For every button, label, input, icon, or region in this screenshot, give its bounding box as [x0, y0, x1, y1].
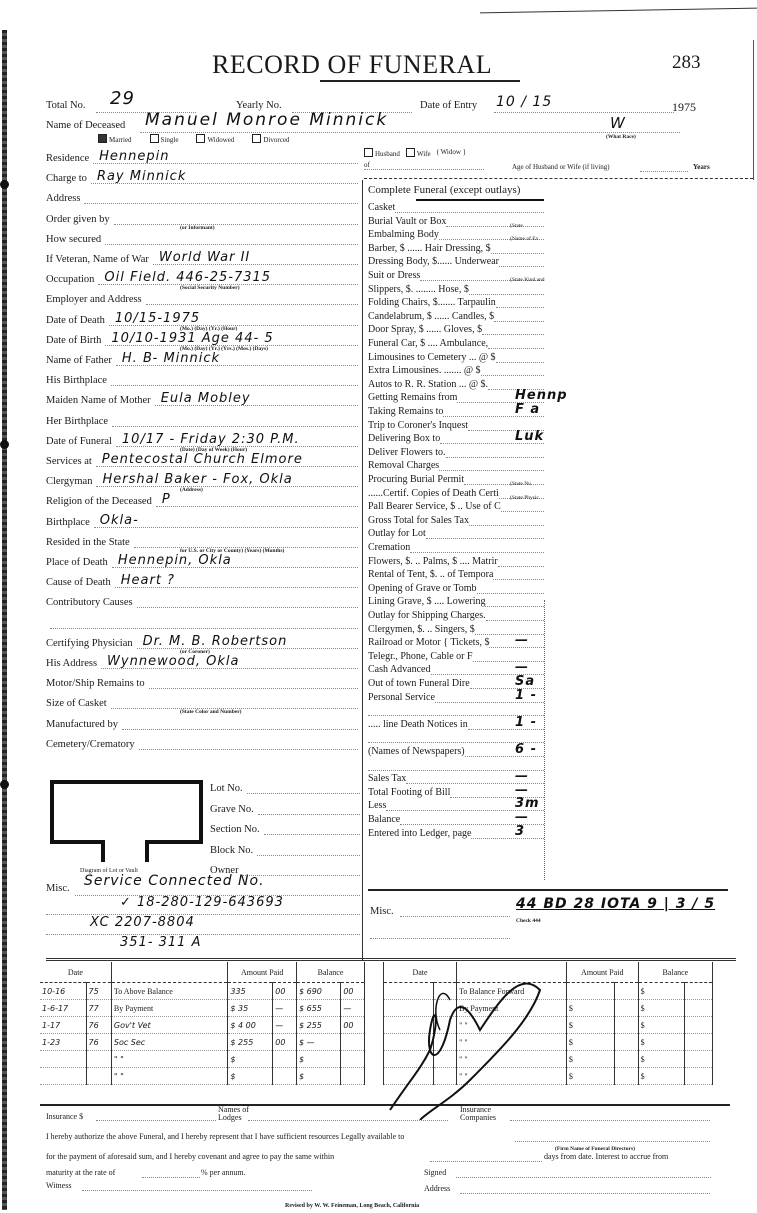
charge-line: Funeral Car, $ .... Ambulance,	[368, 336, 544, 349]
lot-field-row: Grave No.	[210, 799, 360, 815]
charge-label: Casket	[368, 202, 395, 213]
ledger-amount-paid-cents[interactable]: —	[273, 1000, 297, 1017]
revised-by-credit: Revised by W. W. Feineman, Long Beach, C…	[285, 1203, 419, 1209]
charge-amount-value: 3	[515, 824, 525, 839]
field-input[interactable]: Dr. M. B. Robertson	[137, 636, 358, 649]
ledger-balance[interactable]: $	[296, 1051, 340, 1068]
ledger-date[interactable]	[40, 1051, 86, 1068]
ledger-balance[interactable]: $ 655	[296, 1000, 340, 1017]
ledger-year[interactable]: 75	[86, 983, 111, 1000]
charge-amount-field[interactable]	[395, 202, 544, 213]
spouse-divider	[364, 178, 753, 179]
charge-line: Removal Charges	[368, 458, 544, 471]
date-of-entry-line	[494, 112, 674, 113]
ledger-balance-cents[interactable]	[341, 1051, 365, 1068]
total-no-value[interactable]: 29	[110, 88, 135, 109]
field-row: How secured	[46, 229, 358, 245]
field-input[interactable]: 10/17 - Friday 2:30 P.M.	[116, 434, 358, 447]
ledger-date[interactable]: 1-6-17	[40, 1000, 86, 1017]
field-row: Cemetery/Crematory	[46, 734, 358, 750]
marital-single[interactable]: Single	[150, 134, 179, 144]
charge-amount-value: 1 -	[515, 715, 537, 730]
charge-line: Limousines to Cemetery ... @ $	[368, 350, 544, 363]
ledger-date[interactable]: 10-16	[40, 983, 86, 1000]
field-label: Resided in the State	[46, 537, 130, 548]
ledger-date[interactable]	[40, 1068, 86, 1085]
charge-amount-field[interactable]	[471, 828, 544, 839]
charge-label: ......Certif. Copies of Death Certi	[368, 488, 499, 499]
ledger-balance[interactable]: $	[638, 1034, 684, 1051]
ledger-balance-cents[interactable]	[685, 1051, 713, 1068]
ledger-balance-cents[interactable]: —	[341, 1000, 365, 1017]
ledger-amount-paid-cents[interactable]	[614, 1034, 638, 1051]
charge-amount-field[interactable]	[482, 324, 544, 335]
lot-diagram-edge	[145, 840, 199, 844]
ledger-amount-paid[interactable]: 335	[228, 983, 273, 1000]
ledger-row: 1-6-1777By Payment$ 35—$ 655—	[40, 1000, 365, 1017]
spouse-widow[interactable]: ( Widow }	[437, 148, 466, 158]
name-line	[140, 132, 680, 133]
field-row: Name of FatherH. B- Minnick	[46, 350, 358, 366]
field-input[interactable]: Oil Field. 446-25-7315	[98, 272, 358, 285]
field-row: Date of Funeral10/17 - Friday 2:30 P.M.	[46, 431, 358, 447]
charge-label: Out of town Funeral Dire	[368, 678, 470, 689]
ledger-amount-paid-cents[interactable]	[614, 1068, 638, 1085]
lot-field-row: Lot No.	[210, 778, 360, 794]
ledger-amount-paid-cents[interactable]	[614, 1017, 638, 1034]
charge-amount-field[interactable]	[501, 501, 544, 512]
lodges-field[interactable]	[248, 1120, 448, 1121]
lot-field-input[interactable]	[264, 822, 360, 835]
ledger-amount-paid[interactable]: $	[228, 1051, 273, 1068]
field-input[interactable]	[137, 595, 358, 608]
ledger-right-paid-header: Amount Paid	[566, 962, 638, 983]
ledger-amount-paid-cents[interactable]	[273, 1068, 297, 1085]
field-row: ClergymanHershal Baker - Fox, Okla	[46, 471, 358, 487]
field-label: Occupation	[46, 274, 94, 285]
ledger-description[interactable]: To Above Balance	[111, 983, 228, 1000]
ledger-balance[interactable]: $ —	[296, 1034, 340, 1051]
ledger-amount-paid[interactable]: $	[566, 1051, 614, 1068]
charge-amount-field[interactable]	[496, 352, 544, 363]
charge-label: Flowers, $. .. Palms, $ .... Matrir	[368, 556, 498, 567]
ledger-balance[interactable]: $	[638, 983, 684, 1000]
field-input[interactable]: H. B- Minnick	[116, 353, 358, 366]
field-input[interactable]	[114, 212, 358, 225]
charge-line: Slippers, $. ........ Hose, $	[368, 282, 544, 295]
ledger-date[interactable]: 1-17	[40, 1017, 86, 1034]
charge-amount-field[interactable]	[485, 596, 544, 607]
field-label: His Address	[46, 658, 97, 669]
field-row: Order given by	[46, 209, 358, 225]
ledger-description[interactable]: " "	[111, 1068, 228, 1085]
spouse-options: Husband Wife ( Widow }	[364, 148, 466, 158]
sheet-edge-line	[753, 40, 754, 180]
ledger-balance[interactable]: $	[638, 1000, 684, 1017]
checkbox-icon[interactable]	[150, 134, 159, 143]
field-label: Charge to	[46, 173, 87, 184]
field-row: OccupationOil Field. 446-25-7315	[46, 269, 358, 285]
misc-line-2[interactable]: ✓ 18-280-129-643693	[120, 895, 284, 910]
days-field[interactable]	[430, 1161, 542, 1162]
field-label: Place of Death	[46, 557, 108, 568]
charge-label: Personal Service	[368, 692, 435, 703]
charge-label: Pall Bearer Service, $ .. Use of C	[368, 501, 501, 512]
checkbox-icon[interactable]	[406, 148, 415, 157]
field-input[interactable]: Wynnewood, Okla	[101, 656, 358, 669]
ledger-left-desc-header	[111, 962, 228, 983]
ledger-amount-paid[interactable]: $	[566, 1017, 614, 1034]
charge-amount-field[interactable]	[496, 297, 544, 308]
charge-amount-value: 1 -	[515, 688, 537, 703]
field-value: Hershal Baker - Fox, Okla	[102, 472, 292, 487]
race-value[interactable]: W	[610, 114, 626, 132]
ledger-amount-paid-cents[interactable]	[614, 983, 638, 1000]
charge-label: Cremation	[368, 542, 410, 553]
field-row: Manufactured by	[46, 714, 358, 730]
ledger-amount-paid-cents[interactable]	[614, 1000, 638, 1017]
lot-field-input[interactable]	[257, 843, 360, 856]
charge-amount-field[interactable]	[446, 447, 545, 458]
ledger-balance[interactable]: $	[638, 1017, 684, 1034]
charge-label: Rental of Tent, $. .. of Tempora	[368, 569, 493, 580]
charge-label: Suit or Dress	[368, 270, 420, 281]
ledger-row: " "$$	[40, 1051, 365, 1068]
lot-diagram-edge	[50, 840, 105, 844]
charge-label: (Names of Newspapers)	[368, 746, 465, 757]
field-value: Dr. M. B. Robertson	[143, 634, 288, 649]
years-label: Years	[693, 163, 710, 171]
field-row: Cause of DeathHeart ?	[46, 572, 358, 588]
marital-married[interactable]: Married	[98, 134, 132, 144]
charge-label: Slippers, $. ........ Hose, $	[368, 284, 469, 295]
misc-line-3[interactable]: XC 2207-8804	[90, 915, 195, 930]
field-input[interactable]: Eula Mobley	[155, 393, 358, 406]
charge-line: Opening of Grave or Tomb	[368, 581, 544, 594]
ledger-balance[interactable]: $	[638, 1068, 684, 1085]
charge-label: Removal Charges	[368, 460, 439, 471]
charge-amount-field[interactable]	[477, 583, 544, 594]
charge-amount-field[interactable]	[499, 256, 544, 267]
checkbox-icon[interactable]	[252, 134, 261, 143]
charge-label: Autos to R. R. Station ... @ $.	[368, 379, 488, 390]
charge-label: Candelabrum, $ ...... Candles, $	[368, 311, 494, 322]
marital-status-group: Married Single Widowed Divorced	[98, 134, 289, 144]
charge-amount-value: 6 -	[515, 742, 537, 757]
checkbox-checked-icon[interactable]	[98, 134, 107, 143]
field-label: Date of Death	[46, 315, 105, 326]
ledger-balance-cents[interactable]	[685, 1068, 713, 1085]
misc-line-4[interactable]: 351- 311 A	[120, 935, 201, 950]
charge-label: Burial Vault or Box	[368, 216, 446, 227]
ledger-row: " "$$	[40, 1068, 365, 1085]
ledger-row: 10-1675To Above Balance33500$ 69000	[40, 983, 365, 1000]
field-value: 10/17 - Friday 2:30 P.M.	[122, 432, 300, 447]
field-input[interactable]	[50, 616, 358, 629]
field-label: Cause of Death	[46, 577, 111, 588]
charge-amount-field[interactable]	[410, 542, 544, 553]
date-of-entry-value[interactable]: 10 / 15	[496, 94, 552, 110]
charge-amount-value: F a	[515, 402, 540, 417]
ledger-amount-paid[interactable]: $	[566, 1034, 614, 1051]
field-input[interactable]	[139, 737, 358, 750]
ledger-balance-cents[interactable]	[685, 983, 713, 1000]
charge-amount-field[interactable]	[439, 460, 544, 471]
misc-line-1[interactable]: Service Connected No.	[84, 873, 265, 889]
field-row: ResidenceHennepin	[46, 148, 358, 164]
charge-amount-field[interactable]	[486, 610, 544, 621]
ledger-description[interactable]: Gov't Vet	[111, 1017, 228, 1034]
charge-line: Dressing Body, $...... Underwear	[368, 254, 544, 267]
charge-amount-field[interactable]	[488, 338, 544, 349]
field-input[interactable]: Okla-	[94, 515, 358, 528]
marital-divorced[interactable]: Divorced	[252, 134, 289, 144]
field-row: Certifying PhysicianDr. M. B. Robertson	[46, 633, 358, 649]
field-label: Religion of the Deceased	[46, 496, 152, 507]
field-input[interactable]	[111, 696, 358, 709]
charge-amount-value: —	[515, 633, 529, 648]
ledger-amount-paid[interactable]: $ 4 00	[228, 1017, 273, 1034]
charge-label: Taking Remains to	[368, 406, 443, 417]
ledger-left: Date Amount Paid Balance 10-1675To Above…	[40, 962, 365, 1085]
charges-header: Complete Funeral (except outlays)	[368, 184, 520, 196]
field-label: Contributory Causes	[46, 597, 133, 608]
charge-label: ..... line Death Notices in	[368, 719, 468, 730]
field-row: Her Birthplace	[46, 411, 358, 427]
field-row: Maiden Name of MotherEula Mobley	[46, 390, 358, 406]
year-value[interactable]: 1975	[672, 100, 696, 115]
ledger-amount-paid[interactable]	[566, 983, 614, 1000]
field-input[interactable]: Hennepin, Okla	[112, 555, 358, 568]
field-value: World War II	[159, 250, 250, 265]
ledger-row: 1-2376Soc Sec$ 25500$ —	[40, 1034, 365, 1051]
ledger-amount-paid-cents[interactable]: 00	[273, 983, 297, 1000]
ledger-year[interactable]: 76	[86, 1017, 111, 1034]
ledger-balance[interactable]: $	[638, 1051, 684, 1068]
ledger-description[interactable]: By Payment	[111, 1000, 228, 1017]
ledger-description[interactable]: Soc Sec	[111, 1034, 228, 1051]
charge-line: Flowers, $. .. Palms, $ .... Matrir	[368, 554, 544, 567]
field-input[interactable]	[149, 676, 358, 689]
spouse-age-field[interactable]	[640, 163, 688, 172]
ledger-balance-cents[interactable]	[685, 1000, 713, 1017]
charge-line: Lining Grave, $ .... Lowering	[368, 594, 544, 607]
field-label: Address	[46, 193, 80, 204]
ledger-balance-cents[interactable]	[341, 1034, 365, 1051]
charge-line: Cremation	[368, 540, 544, 553]
charge-amount-field[interactable]	[446, 216, 544, 227]
ledger-amount-paid[interactable]: $ 255	[228, 1034, 273, 1051]
page-binding-edge	[2, 30, 7, 1210]
insurance-companies-field[interactable]	[510, 1120, 710, 1121]
charge-line: Outlay for Shipping Charges.	[368, 608, 544, 621]
ledger-amount-paid[interactable]: $ 35	[228, 1000, 273, 1017]
checkbox-icon[interactable]	[196, 134, 205, 143]
signature-scribble	[380, 960, 560, 1120]
field-input[interactable]: 10/15-1975	[109, 313, 358, 326]
field-row: Date of Death10/15-1975	[46, 310, 358, 326]
charge-label: Limousines to Cemetery ... @ $	[368, 352, 496, 363]
field-row: His Birthplace	[46, 370, 358, 386]
ledger-balance-cents[interactable]	[685, 1017, 713, 1034]
ledger-amount-paid-cents[interactable]: —	[273, 1017, 297, 1034]
days-text: days from date. Interest to accrue from	[544, 1152, 668, 1161]
field-value: P	[162, 492, 171, 507]
field-input[interactable]: Ray Minnick	[91, 171, 358, 184]
field-input[interactable]	[122, 717, 358, 730]
field-input[interactable]: Pentecostal Church Elmore	[96, 454, 358, 467]
field-input[interactable]	[84, 191, 358, 204]
charge-label: Entered into Ledger, page	[368, 828, 471, 839]
charge-amount-field[interactable]	[473, 651, 544, 662]
lot-diagram-box[interactable]	[50, 780, 203, 844]
lot-field-input[interactable]	[247, 781, 360, 794]
ledger-amount-paid-cents[interactable]	[614, 1051, 638, 1068]
field-row: Date of Birth10/10-1931 Age 44- 5	[46, 330, 358, 346]
charge-label: Gross Total for Sales Tax	[368, 515, 469, 526]
charge-line: Candelabrum, $ ...... Candles, $	[368, 309, 544, 322]
field-input[interactable]	[112, 414, 358, 427]
misc-right-value[interactable]: 44 BD 28 IOTA 9 | 3 / 5	[516, 896, 715, 912]
field-input[interactable]: Heart ?	[115, 575, 358, 588]
signed-field[interactable]	[456, 1177, 711, 1178]
field-label: Name of Father	[46, 355, 112, 366]
ledger-balance-cents[interactable]	[685, 1034, 713, 1051]
field-value: Wynnewood, Okla	[107, 654, 239, 669]
ledger-amount-paid[interactable]: $	[566, 1000, 614, 1017]
marital-widowed[interactable]: Widowed	[196, 134, 234, 144]
field-label: Employer and Address	[46, 294, 142, 305]
name-label: Name of Deceased	[46, 120, 125, 131]
lot-field-row: Block No.	[210, 840, 360, 856]
ledger-balance-cents[interactable]	[341, 1068, 365, 1085]
charge-label: Folding Chairs, $....... Tarpaulin	[368, 297, 496, 308]
witness-label: Witness	[46, 1181, 71, 1190]
charge-amount-field[interactable]	[475, 624, 544, 635]
ledger-amount-paid[interactable]: $	[566, 1068, 614, 1085]
field-value: Hennepin, Okla	[118, 553, 232, 568]
charge-amount-field[interactable]	[498, 556, 544, 567]
charge-amount-field[interactable]	[464, 474, 544, 485]
field-label: Motor/Ship Remains to	[46, 678, 145, 689]
deceased-name-value[interactable]: Manuel Monroe Minnick	[145, 110, 388, 130]
charge-label: Sales Tax	[368, 773, 406, 784]
field-row: Services atPentecostal Church Elmore	[46, 451, 358, 467]
total-no-label: Total No.	[46, 100, 86, 111]
ledger-row: 1-1776Gov't Vet$ 4 00—$ 25500	[40, 1017, 365, 1034]
field-label: Order given by	[46, 214, 110, 225]
ledger-amount-paid-cents[interactable]: 00	[273, 1034, 297, 1051]
field-value: Okla-	[100, 513, 139, 528]
field-label: His Birthplace	[46, 375, 107, 386]
ledger-balance[interactable]: $ 255	[296, 1017, 340, 1034]
charge-amount-field[interactable]	[494, 311, 544, 322]
field-row: Religion of the DeceasedP	[46, 491, 358, 507]
ledger-year[interactable]: 77	[86, 1000, 111, 1017]
field-input[interactable]	[146, 292, 358, 305]
page-title: RECORD OF FUNERAL	[212, 50, 492, 80]
ledger-amount-paid[interactable]: $	[228, 1068, 273, 1085]
field-input[interactable]: 10/10-1931 Age 44- 5	[105, 333, 358, 346]
spouse-husband[interactable]: Husband	[364, 148, 400, 158]
charge-amount-field[interactable]	[469, 515, 544, 526]
firm-name-field[interactable]	[515, 1141, 710, 1142]
ledger-amount-paid-cents[interactable]	[273, 1051, 297, 1068]
lot-field-label: Lot No.	[210, 783, 243, 794]
field-row: His AddressWynnewood, Okla	[46, 653, 358, 669]
misc-right-label: Misc.	[370, 906, 394, 917]
field-input[interactable]	[105, 232, 358, 245]
charge-line: Gross Total for Sales Tax	[368, 513, 544, 526]
checkbox-icon[interactable]	[364, 148, 373, 157]
field-value: H. B- Minnick	[122, 351, 220, 366]
ledger-year[interactable]	[86, 1068, 111, 1085]
address-field[interactable]	[460, 1193, 710, 1194]
ledger-year[interactable]	[86, 1051, 111, 1068]
insurance-field[interactable]	[96, 1120, 216, 1121]
misc-line	[46, 934, 360, 935]
charge-amount-field[interactable]	[481, 365, 544, 376]
charge-line: Door Spray, $ ...... Gloves, $	[368, 322, 544, 335]
charge-amount-field[interactable]	[491, 243, 544, 254]
ledger-balance-cents[interactable]: 00	[341, 983, 365, 1000]
field-input[interactable]: Hershal Baker - Fox, Okla	[96, 474, 358, 487]
ledger-date[interactable]: 1-23	[40, 1034, 86, 1051]
field-input[interactable]: P	[156, 494, 358, 507]
field-label: Clergyman	[46, 476, 92, 487]
ledger-balance[interactable]: $ 690	[296, 983, 340, 1000]
field-label: If Veteran, Name of War	[46, 254, 149, 265]
field-input[interactable]: World War II	[153, 252, 358, 265]
ledger-left-paid-header: Amount Paid	[228, 962, 297, 983]
witness-field[interactable]	[82, 1190, 312, 1191]
field-input[interactable]	[134, 535, 358, 548]
ledger-year[interactable]: 76	[86, 1034, 111, 1051]
title-underline	[320, 80, 520, 82]
charge-label: Dressing Body, $...... Underwear	[368, 256, 499, 267]
charge-label: Opening of Grave or Tomb	[368, 583, 477, 594]
race-caption: (What Race)	[606, 134, 636, 140]
charge-label: Door Spray, $ ...... Gloves, $	[368, 324, 482, 335]
misc-right-divider	[368, 889, 728, 891]
amount-column-edge	[544, 600, 545, 880]
ledger-balance[interactable]: $	[296, 1068, 340, 1085]
lot-field-input[interactable]	[258, 802, 360, 815]
sheet-edge-line	[480, 8, 757, 14]
binding-hole	[0, 180, 9, 189]
spouse-of-field[interactable]: of	[364, 161, 484, 170]
spouse-wife[interactable]: Wife	[406, 148, 431, 158]
ledger-description[interactable]: " "	[111, 1051, 228, 1068]
binding-hole	[0, 780, 9, 789]
charge-label: Embalming Body	[368, 229, 439, 240]
charge-amount-field[interactable]	[426, 528, 544, 539]
charge-label: Cash Advanced	[368, 664, 431, 675]
charge-label: Funeral Car, $ .... Ambulance,	[368, 338, 488, 349]
field-input[interactable]: Hennepin	[93, 151, 358, 164]
charge-label: Trip to Coroner's Inquest	[368, 420, 468, 431]
interest-rate-field[interactable]	[142, 1177, 200, 1178]
charge-amount-field[interactable]	[469, 284, 544, 295]
misc-label: Misc.	[46, 883, 70, 894]
field-label: Date of Birth	[46, 335, 101, 346]
ledger-balance-cents[interactable]: 00	[341, 1017, 365, 1034]
field-input[interactable]	[111, 373, 358, 386]
charge-amount-field[interactable]	[493, 569, 544, 580]
charge-label: Extra Limousines. ....... @ $	[368, 365, 481, 376]
charge-line: Folding Chairs, $....... Tarpaulin	[368, 295, 544, 308]
charge-label: Getting Remains from	[368, 392, 457, 403]
